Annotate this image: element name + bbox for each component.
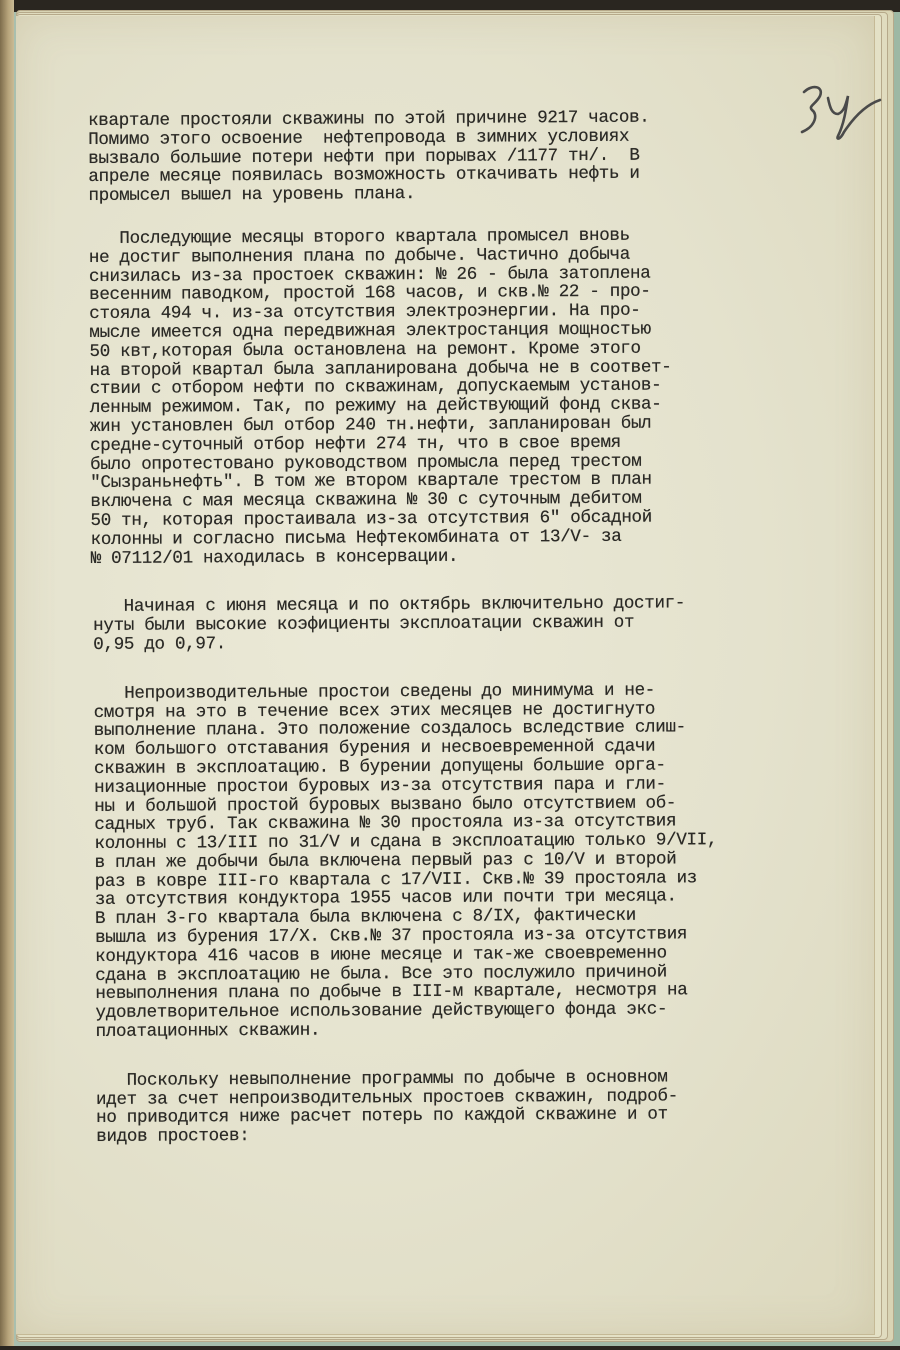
handwritten-folio-number: 37 <box>794 74 884 144</box>
binding-edge <box>0 0 14 1350</box>
paragraph-2: Последующие месяцы второго квартала пром… <box>89 226 793 569</box>
scanner-bottom-shadow <box>0 1346 900 1350</box>
paragraph-5: Поскольку невыполнение программы по добы… <box>96 1068 796 1147</box>
paragraph-1: квартале простояли скважины по этой прич… <box>88 108 791 206</box>
paragraph-4: Непроизводительные простои сведены до ми… <box>93 680 795 1041</box>
text-line: видов простоев: <box>96 1124 796 1147</box>
scan-scene: 37 квартале простояли скважины по этой п… <box>0 0 900 1350</box>
paragraph-3: Начиная с июня месяца и по октябрь включ… <box>93 594 793 655</box>
document-page: 37 квартале простояли скважины по этой п… <box>16 16 875 1335</box>
pencil-number-icon <box>794 74 884 144</box>
typewritten-body: квартале простояли скважины по этой прич… <box>90 108 796 1147</box>
